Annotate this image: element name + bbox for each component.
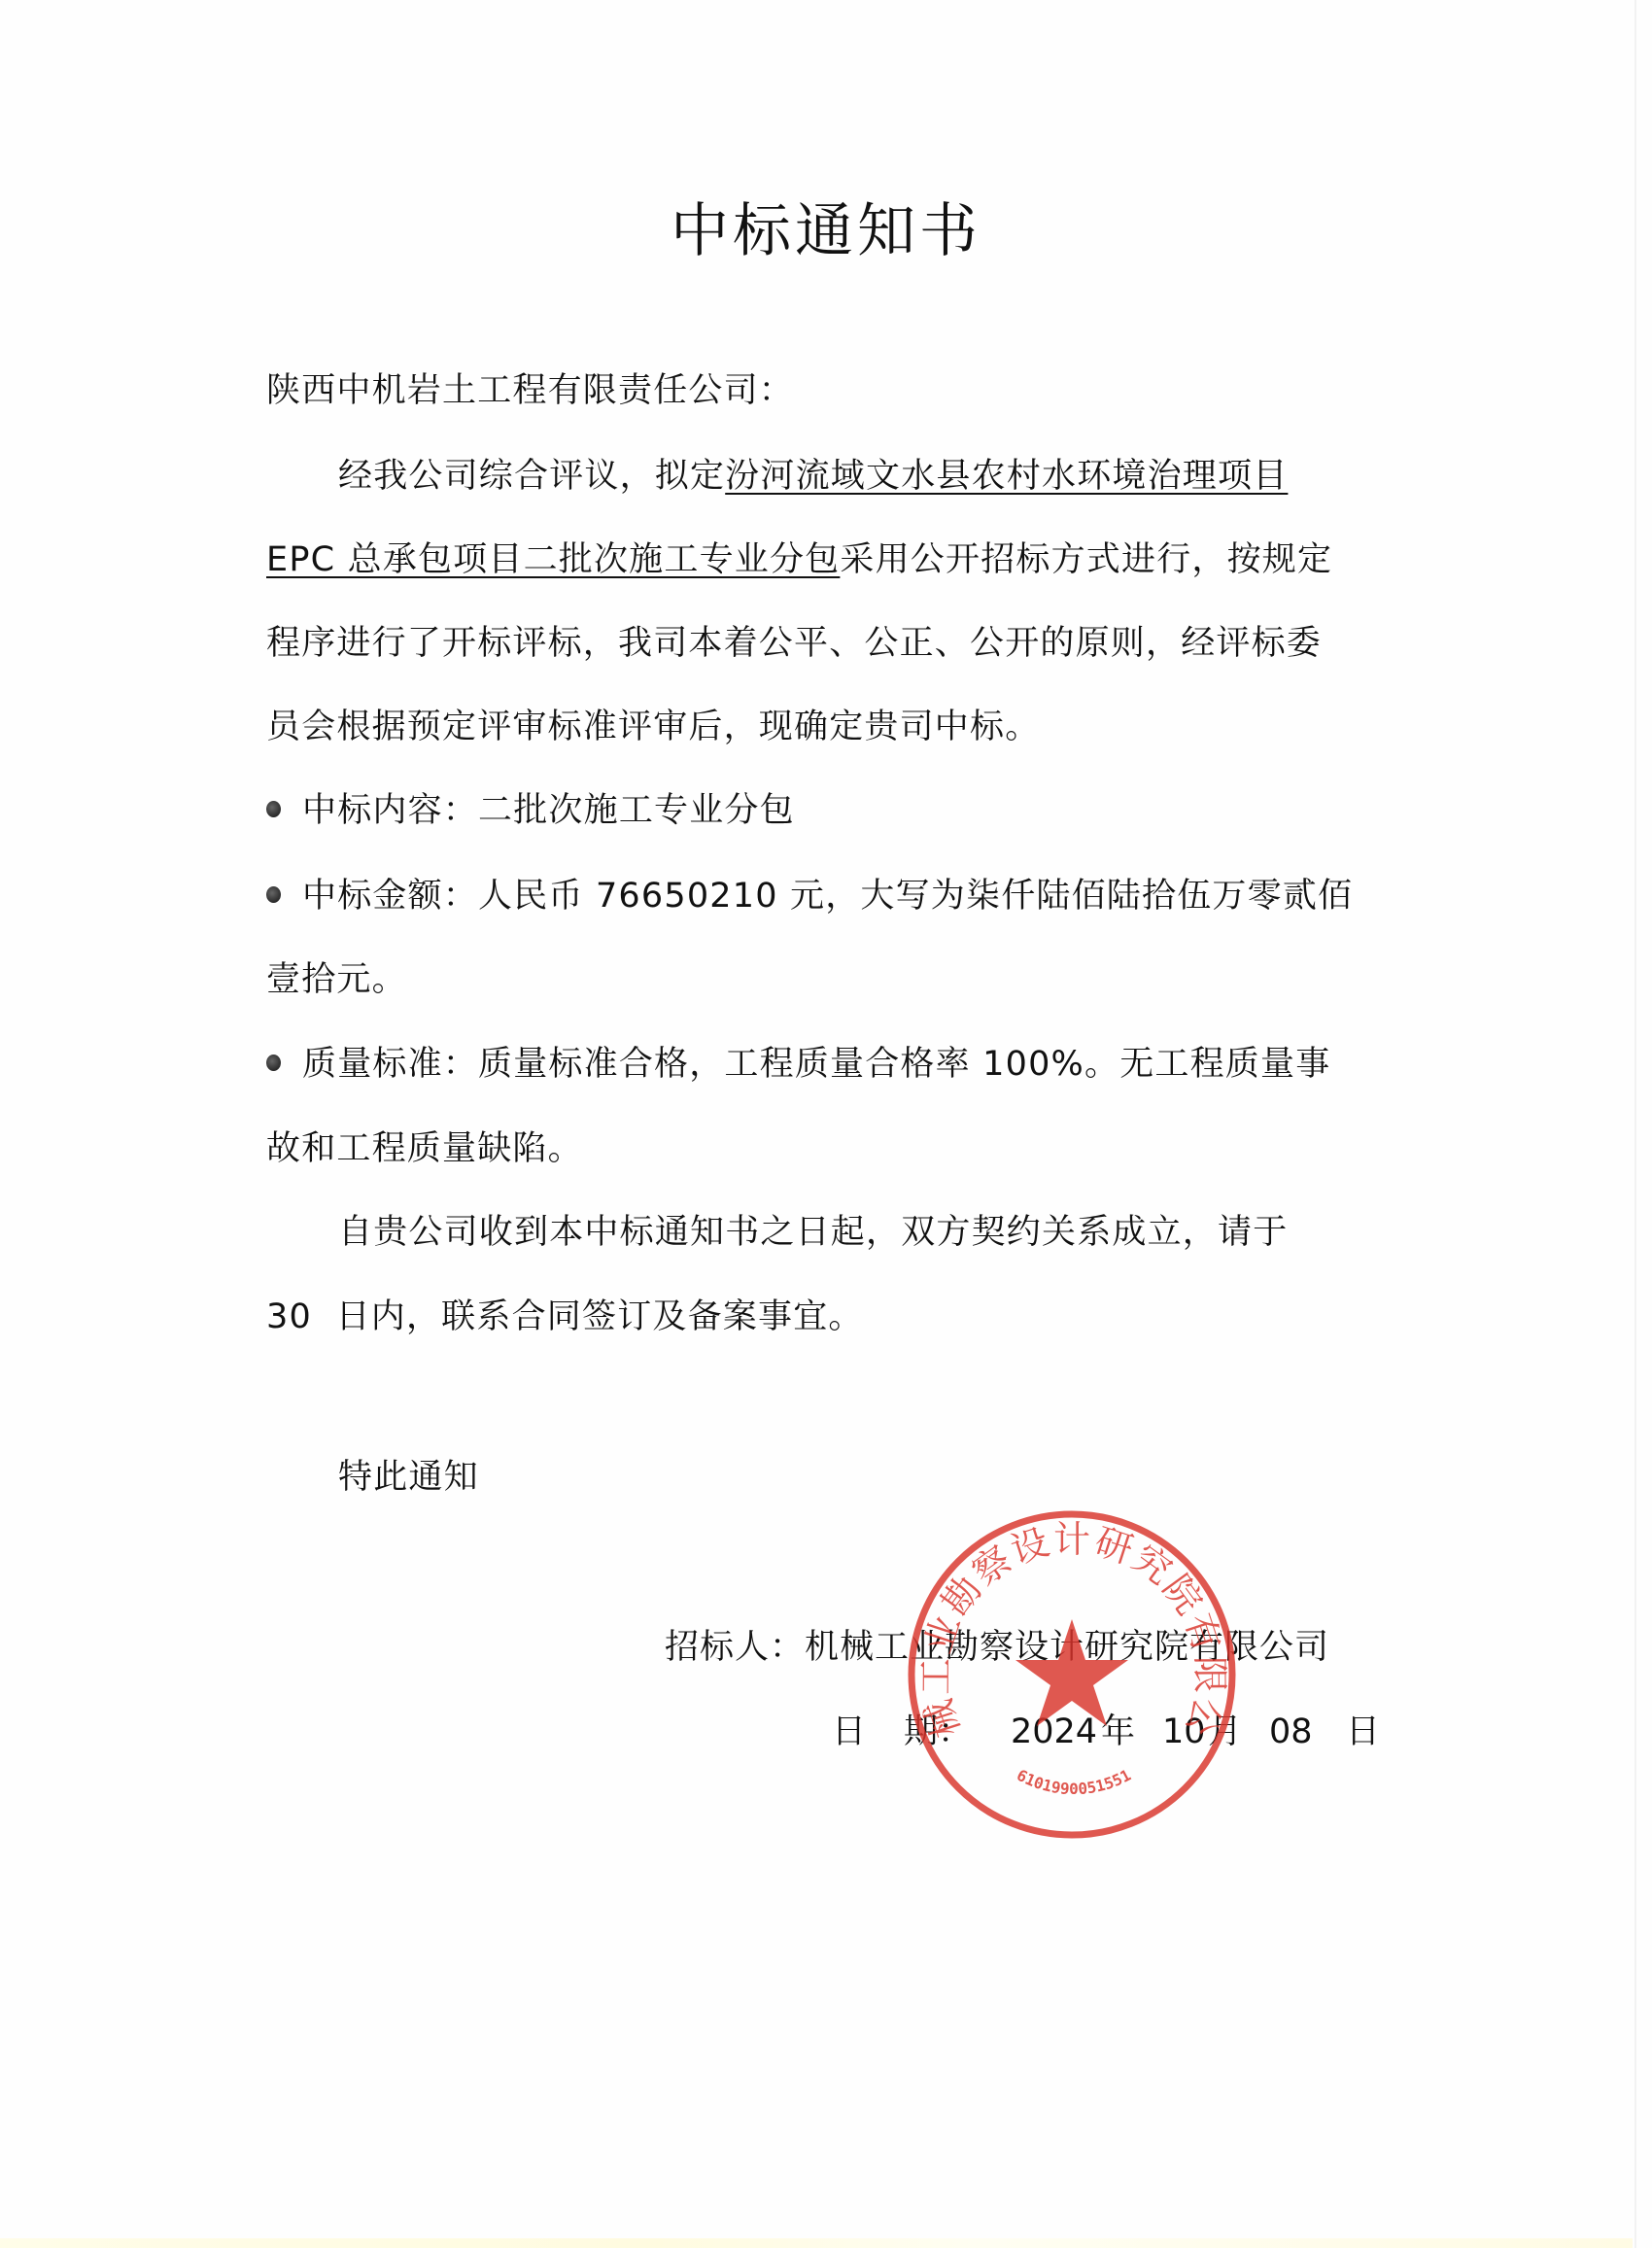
- paragraph1-lead: 经我公司综合评议，拟定: [338, 457, 725, 496]
- bullet-dot-icon: [266, 1055, 281, 1071]
- bullet-quality-standard: 质量标准：质量标准合格，工程质量合格率 100%。无工程质量事: [266, 1043, 1330, 1086]
- bullet-award-amount-cont: 壹拾元。: [266, 958, 407, 1001]
- date-month-unit: 月: [1208, 1711, 1242, 1753]
- date-label-qi: 期：: [904, 1711, 972, 1753]
- paragraph2-line1: 自贵公司收到本中标通知书之日起，双方契约关系成立，请于: [338, 1211, 1288, 1254]
- paragraph1-line2-rest: 采用公开招标方式进行，按规定: [840, 540, 1332, 579]
- paragraph1-line2: EPC 总承包项目二批次施工专业分包采用公开招标方式进行，按规定: [266, 538, 1332, 581]
- scan-bottom-strip: [0, 2238, 1633, 2248]
- bullet-text: 二批次施工专业分包: [478, 791, 795, 830]
- company-seal-stamp: 机械工业勘察设计研究院有限公司 6101990051551: [902, 1504, 1242, 1845]
- paragraph1-line1: 经我公司综合评议，拟定汾河流域文水县农村水环境治理项目: [338, 455, 1288, 498]
- document-page: 中标通知书 陕西中机岩土工程有限责任公司： 经我公司综合评议，拟定汾河流域文水县…: [0, 0, 1652, 2248]
- bullet-label: 质量标准：: [302, 1045, 478, 1084]
- document-title: 中标通知书: [0, 185, 1652, 268]
- date-year: 2024: [1011, 1711, 1097, 1753]
- date-label-ri: 日: [832, 1711, 866, 1753]
- seal-serial: 6101990051551: [1014, 1766, 1134, 1798]
- project-name-part1: 汾河流域文水县农村水环境治理项目: [725, 457, 1288, 496]
- bullet-text: 人民币 76650210 元，大写为柒仟陆佰陆拾伍万零贰佰: [478, 877, 1353, 916]
- date-day-unit: 日: [1346, 1711, 1380, 1753]
- recipient: 陕西中机岩土工程有限责任公司：: [266, 369, 794, 412]
- bullet-award-content: 中标内容：二批次施工专业分包: [266, 789, 795, 832]
- paragraph1-line3: 程序进行了开标评标，我司本着公平、公正、公开的原则，经评标委: [266, 622, 1322, 665]
- scan-edge-line: [1635, 0, 1636, 2248]
- signature-label: 招标人：: [665, 1628, 805, 1667]
- seal-ring: [912, 1514, 1232, 1835]
- date-day: 08: [1269, 1711, 1313, 1753]
- bullet-label: 中标内容：: [302, 791, 478, 830]
- bullet-label: 中标金额：: [302, 877, 478, 916]
- paragraph1-line4: 员会根据预定评审标准评审后，现确定贵司中标。: [266, 706, 1040, 748]
- bullet-text: 质量标准合格，工程质量合格率 100%。无工程质量事: [478, 1045, 1330, 1084]
- seal-arc-text: 机械工业勘察设计研究院有限公司: [902, 1504, 1231, 1743]
- bullet-dot-icon: [266, 801, 281, 817]
- closing: 特此通知: [338, 1456, 479, 1499]
- paragraph2-line2: 30 日内，联系合同签订及备案事宜。: [266, 1296, 864, 1338]
- project-name-part2: EPC 总承包项目二批次施工专业分包: [266, 540, 840, 579]
- signature-line: 招标人：机械工业勘察设计研究院有限公司: [665, 1626, 1329, 1669]
- bullet-quality-standard-cont: 故和工程质量缺陷。: [266, 1127, 583, 1170]
- date-month: 10: [1162, 1711, 1206, 1753]
- bullet-award-amount: 中标金额：人民币 76650210 元，大写为柒仟陆佰陆拾伍万零贰佰: [266, 875, 1353, 917]
- bullet-dot-icon: [266, 886, 281, 903]
- date-year-unit: 年: [1101, 1711, 1135, 1753]
- signature-company: 机械工业勘察设计研究院有限公司: [805, 1628, 1329, 1667]
